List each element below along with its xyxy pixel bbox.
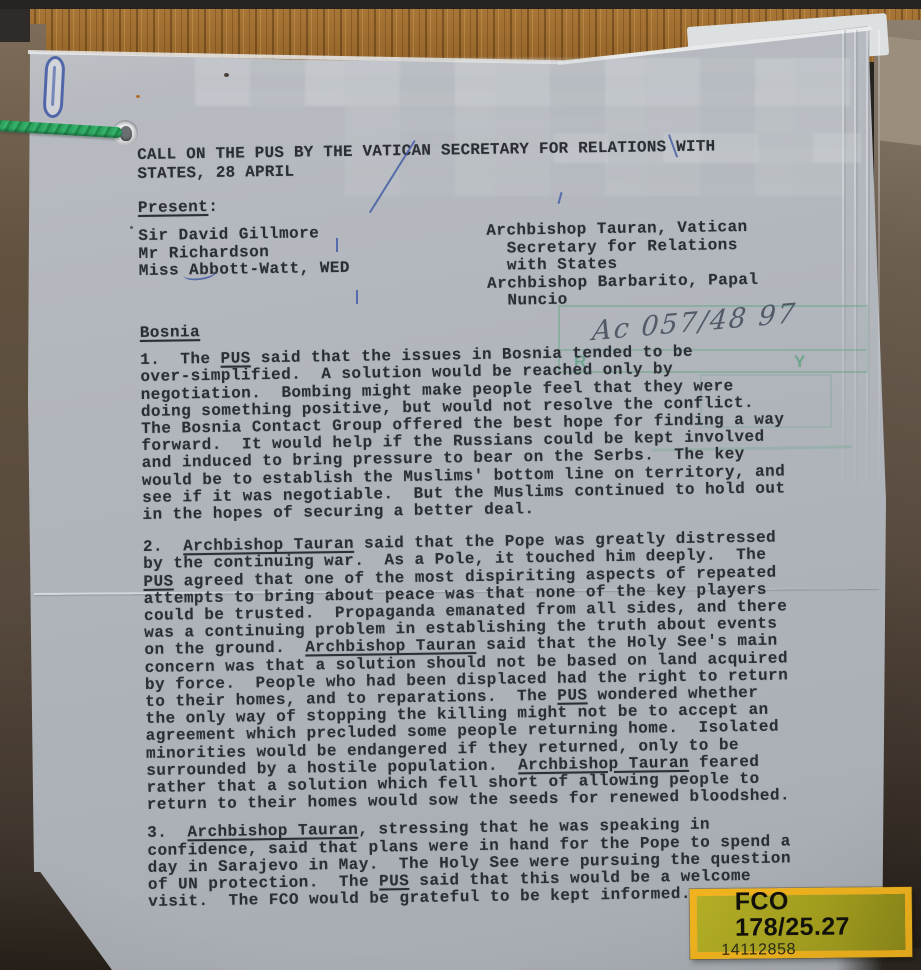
- fco-reference-stamp: FCO 178/25.27 14112858: [690, 887, 913, 959]
- fco-reference-number: FCO 178/25.27: [735, 887, 906, 941]
- paper-speck: [136, 95, 140, 98]
- pen-tick-mark: [336, 238, 338, 252]
- document-line: Present:: [138, 190, 838, 218]
- fco-serial-number: 14112858: [721, 940, 905, 959]
- present-heading: Present:: [138, 190, 838, 218]
- paragraph-2: 2. Archbishop Tauran said that the Pope …: [143, 529, 847, 815]
- photo-frame-bar: [0, 0, 921, 9]
- paper-speck: [224, 73, 229, 77]
- attendee-columns: Sir David GillmoreMr RichardsonMiss Abbo…: [138, 218, 839, 316]
- pen-doodle: [42, 56, 65, 119]
- photo-scene: R Y Ac 057/48 97 CALL ON THE PUS BY THE …: [0, 0, 921, 970]
- paragraph-1: 1. The PUS said that the issues in Bosni…: [140, 342, 842, 524]
- document-text: CALL ON THE PUS BY THE VATICAN SECRETARY…: [137, 136, 848, 912]
- pen-tick-mark: [356, 290, 358, 304]
- attendees-vatican: Archbishop Tauran, Vatican Secretary for…: [486, 219, 759, 311]
- redaction-blur: [195, 58, 850, 106]
- paper-speck: [130, 226, 133, 229]
